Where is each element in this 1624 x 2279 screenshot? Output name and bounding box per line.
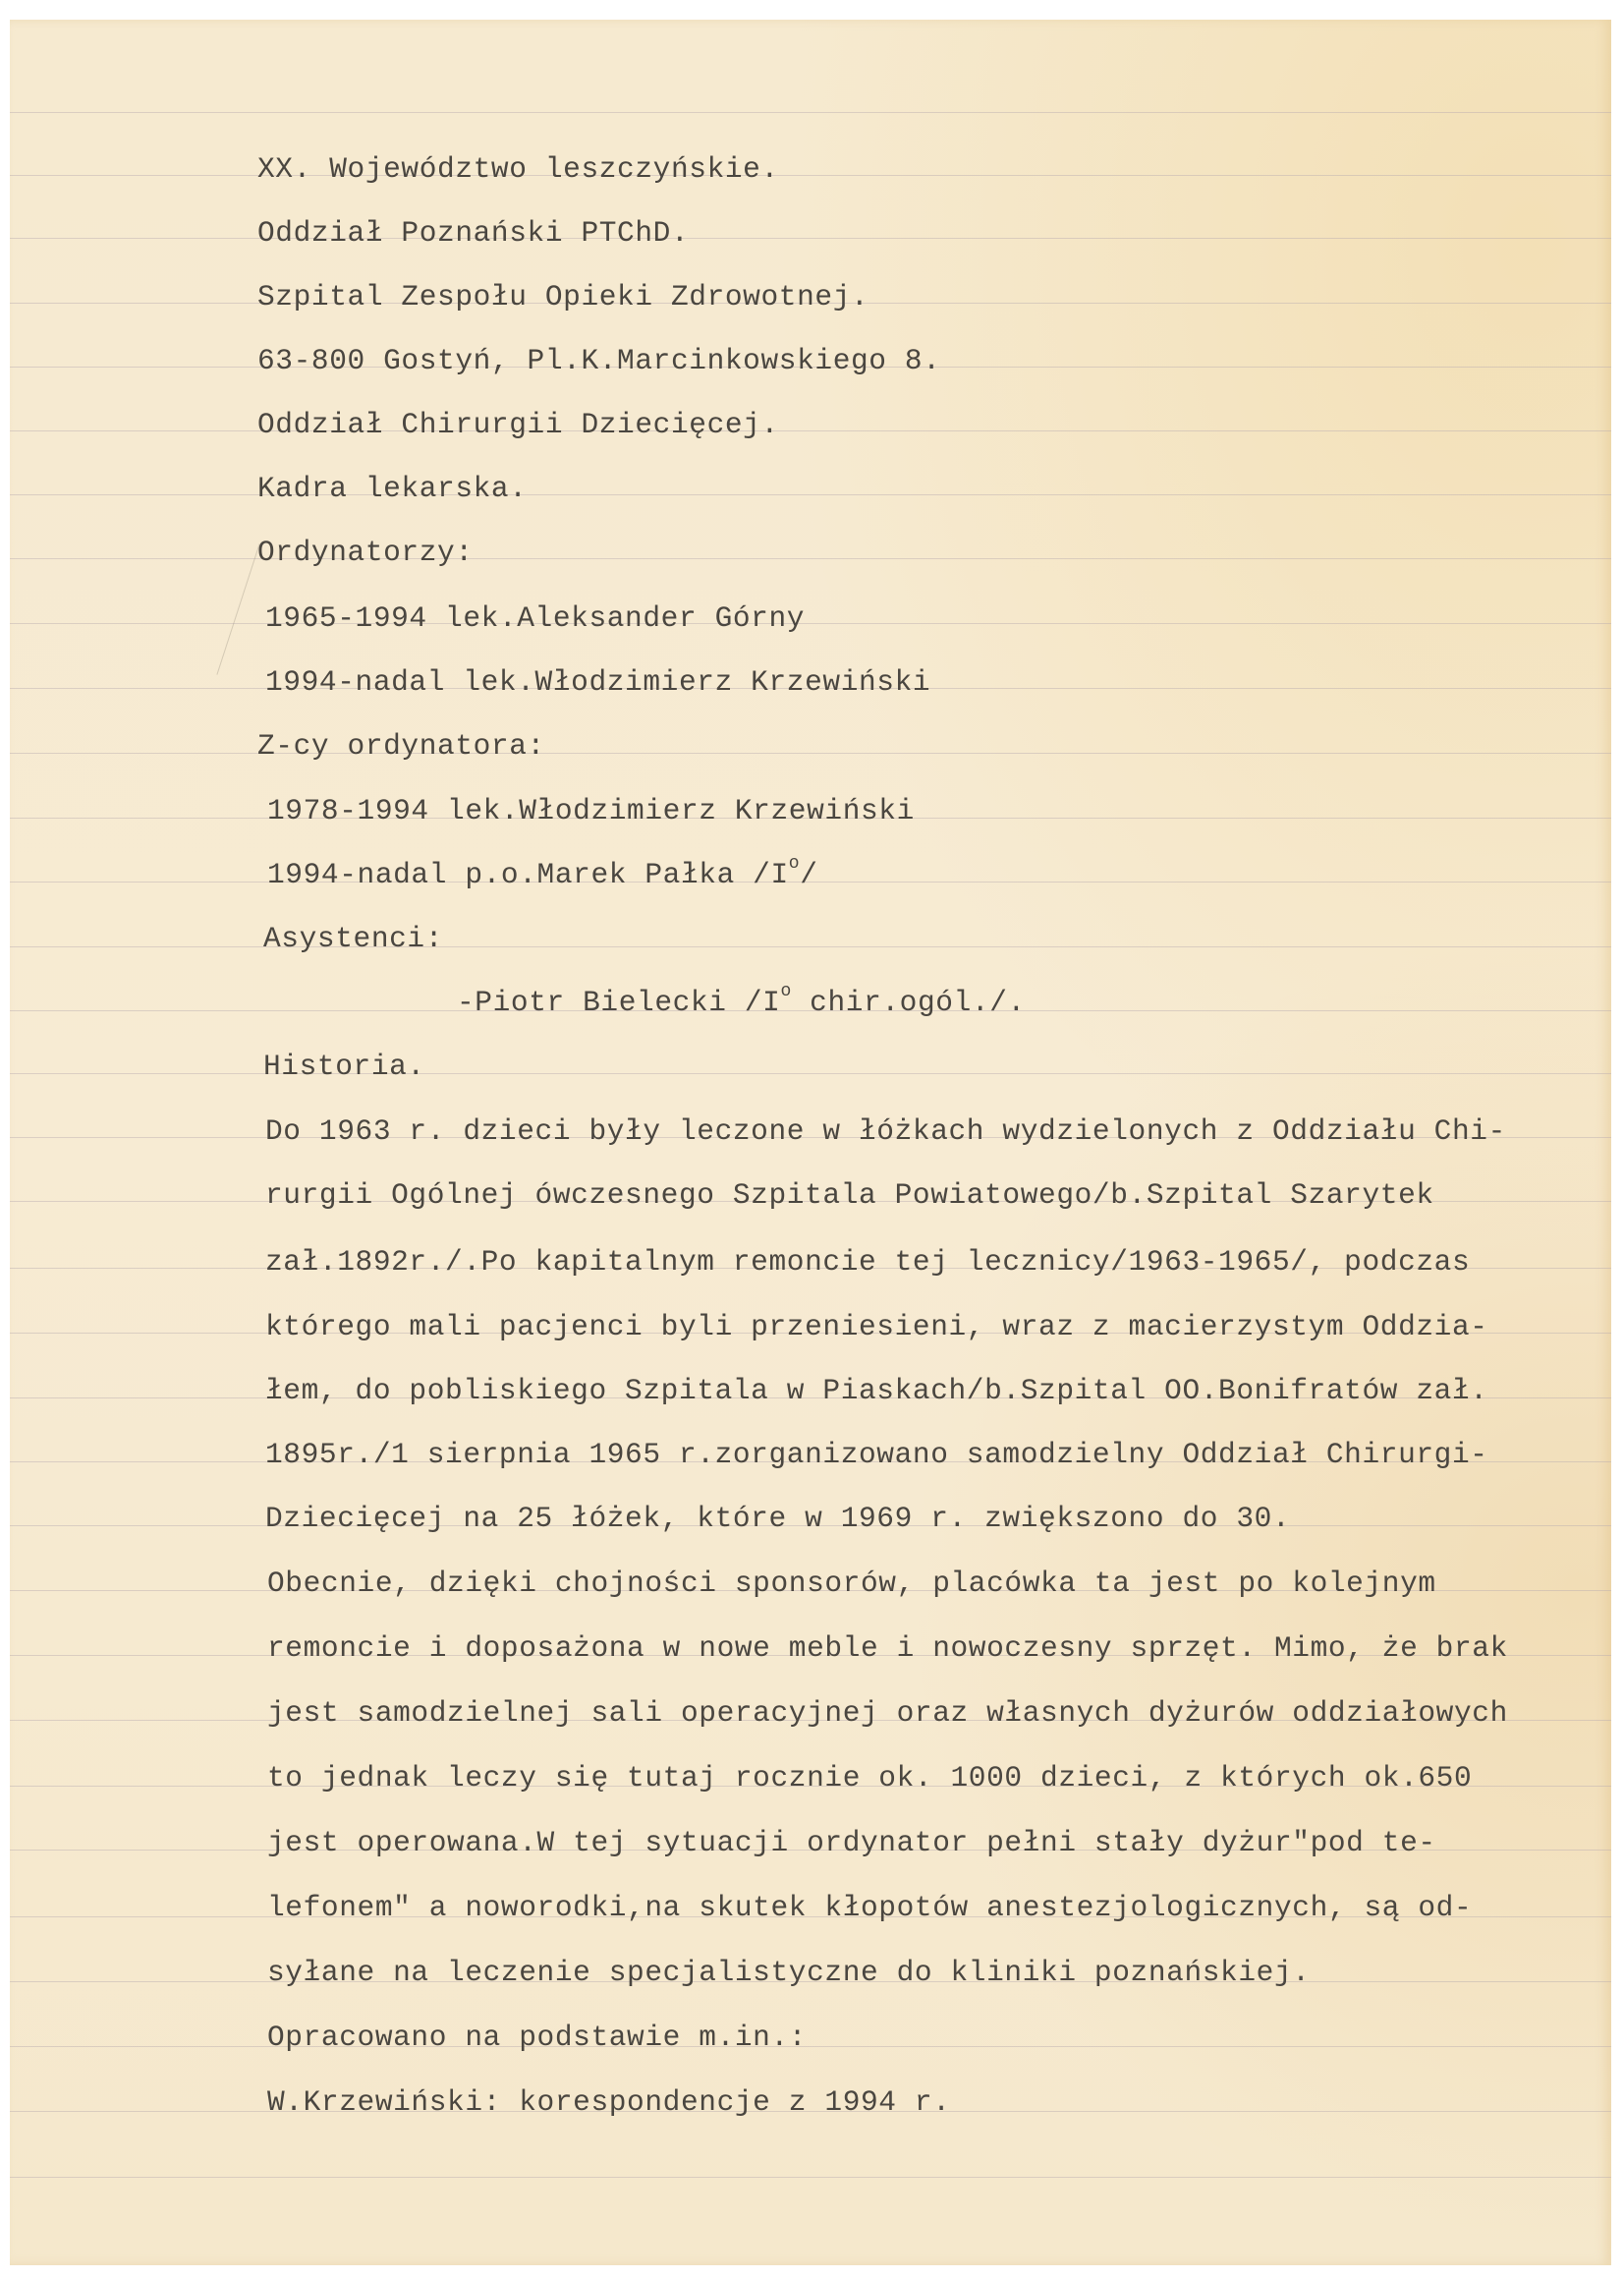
history-line: jest samodzielnej sali operacyjnej oraz … (267, 1696, 1508, 1730)
region-heading: XX. Województwo leszczyńskie. (257, 152, 779, 186)
department-line: Oddział Chirurgii Dziecięcej. (257, 408, 779, 441)
deputies-label: Z-cy ordynatora: (257, 729, 545, 763)
head-entry: 1965-1994 lek.Aleksander Górny (265, 601, 805, 635)
assistant-entry: -Piotr Bielecki /Io chir.ogól./. (457, 986, 1026, 1019)
history-line: to jednak leczy się tutaj rocznie ok. 10… (267, 1761, 1472, 1795)
branch-line: Oddział Poznański PTChD. (257, 216, 689, 250)
staff-heading: Kadra lekarska. (257, 472, 528, 505)
history-line: lefonem" a noworodki,na skutek kłopotów … (267, 1891, 1472, 1924)
deputy-entry: 1994-nadal p.o.Marek Pałka /Io/ (267, 858, 818, 891)
history-line: Obecnie, dzięki chojności sponsorów, pla… (267, 1567, 1436, 1600)
history-line: zał.1892r./.Po kapitalnym remoncie tej l… (265, 1245, 1470, 1279)
history-line: Do 1963 r. dzieci były leczone w łóżkach… (265, 1114, 1506, 1148)
deputy-entry-close: / (800, 858, 817, 891)
deputy-entry: 1978-1994 lek.Włodzimierz Krzewiński (267, 794, 915, 827)
assistants-label: Asystenci: (263, 922, 443, 955)
hospital-line: Szpital Zespołu Opieki Zdrowotnej. (257, 280, 868, 313)
history-heading: Historia. (263, 1050, 425, 1083)
degree-superscript: o (789, 854, 800, 874)
source-entry: W.Krzewiński: korespondencje z 1994 r. (267, 2085, 951, 2119)
heads-label: Ordynatorzy: (257, 536, 474, 569)
history-line: Dziecięcej na 25 łóżek, które w 1969 r. … (265, 1502, 1290, 1535)
assistant-name: -Piotr Bielecki /I (457, 986, 780, 1019)
history-line: syłane na leczenie specjalistyczne do kl… (267, 1956, 1311, 1989)
history-line: którego mali pacjenci byli przeniesieni,… (265, 1310, 1488, 1343)
history-line: łem, do pobliskiego Szpitala w Piaskach/… (265, 1374, 1488, 1407)
history-line: jest operowana.W tej sytuacji ordynator … (267, 1826, 1436, 1859)
sources-heading: Opracowano na podstawie m.in.: (267, 2021, 807, 2054)
history-line: remoncie i doposażona w nowe meble i now… (267, 1631, 1508, 1665)
history-line: rurgii Ogólnej ówczesnego Szpitala Powia… (265, 1178, 1434, 1212)
address-line: 63-800 Gostyń, Pl.K.Marcinkowskiego 8. (257, 344, 941, 377)
margin-pencil-mark (216, 543, 259, 674)
degree-superscript: o (780, 982, 791, 1001)
head-entry: 1994-nadal lek.Włodzimierz Krzewiński (265, 665, 930, 699)
assistant-specialty: chir.ogól./. (792, 986, 1026, 1019)
history-line: 1895r./1 sierpnia 1965 r.zorganizowano s… (265, 1438, 1488, 1471)
deputy-entry-text: 1994-nadal p.o.Marek Pałka /I (267, 858, 789, 891)
